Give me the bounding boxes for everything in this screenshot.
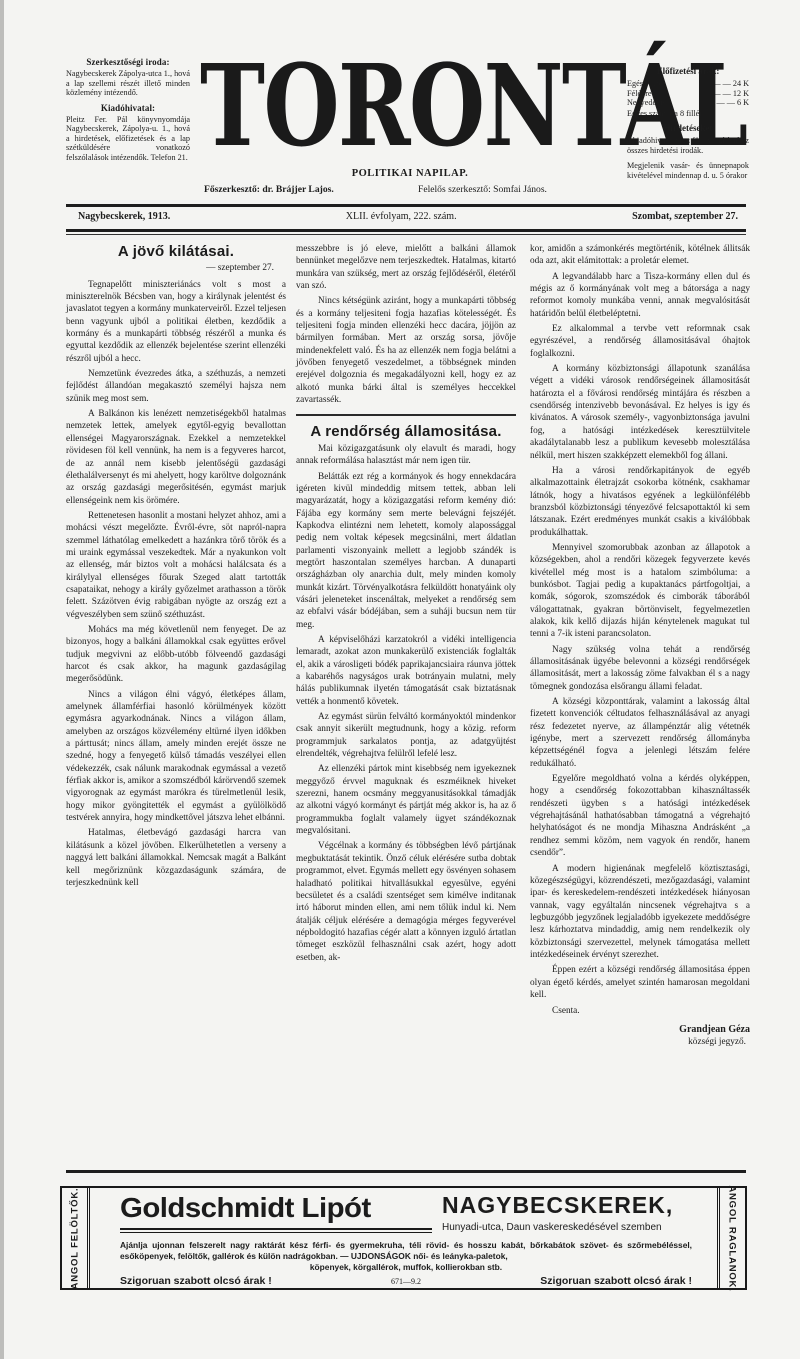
paragraph: Ha a városi rendőrkapitányok de egyéb al… [530,465,750,539]
column-3: kor, amidőn a számonkérés megtörténik, k… [530,243,750,1048]
article-title: A jövő kilátásai. [66,246,286,258]
price-value: — — 6 K [716,98,749,107]
paragraph: A képviselőházi karzatokról a vidéki int… [296,634,516,708]
ads-heading: Hirdetéseket [627,124,749,133]
column-1: A jövő kilátásai. — szeptember 27. Tegna… [66,240,286,892]
ad-slogan-right: Szigoruan szabott olcsó árak ! [540,1275,692,1287]
article-title: A rendőrség államositása. [296,426,516,438]
ad-name-underline [120,1228,432,1233]
responsible-editor: Felelős szerkesztő: Somfai János. [418,184,547,195]
dateline-rule [66,229,746,232]
ad-slogan-left: Szigoruan szabott olcsó árak ! [120,1275,272,1287]
column-2: messzebbre is jó eleve, mielőtt a balkán… [296,243,516,967]
place-year: Nagybecskerek, 1913. [78,211,170,222]
paragraph: Rettenetesen hasonlit a mostani helyzet … [66,510,286,621]
paragraph: Nemzetünk évezredes átka, a széthuzás, a… [66,368,286,405]
paragraph: Nincs a világon élni vágyó, életképes ál… [66,689,286,825]
content-bottom-rule [66,1170,746,1173]
publisher-heading: Kiadóhivatal: [66,104,190,113]
editor-in-chief: Főszerkesztő: dr. Brájjer Lajos. [204,184,334,195]
office-text: Nagybecskerek Zápolya-utca 1., hová a la… [66,69,190,97]
paragraph: Mohács ma még követlenül nem fenyeget. D… [66,624,286,686]
paragraph: kor, amidőn a számonkérés megtörténik, k… [530,243,750,268]
article-separator [296,414,516,416]
paragraph: Nagy szükség volna tehát a rendőrség áll… [530,644,750,693]
dateline: Nagybecskerek, 1913. XLII. évfolyam, 222… [78,211,738,222]
ad-address: Hunyadi-utca, Daun vaskereskedésével sze… [442,1222,662,1233]
ad-business-name: Goldschmidt Lipót [120,1192,371,1224]
ad-side-left-text: ANGOL FELÖLTŐK. [69,1187,80,1289]
dateline-rule-thin [66,234,746,235]
article-place: Csenta. [530,1005,750,1017]
schedule-text: Megjelenik vasár- és ünnepnapok kivételé… [627,161,749,180]
paragraph: A modern higienának megfelelő köztisztas… [530,863,750,962]
volume-issue: XLII. évfolyam, 222. szám. [346,211,457,222]
price-value: — — — 12 K [702,89,749,98]
paragraph: Ez alkalommal a tervbe vett reformnak cs… [530,323,750,360]
price-label: Egész évre [627,79,663,88]
advertisement: ANGOL FELÖLTŐK. Goldschmidt Lipót NAGYBE… [60,1186,747,1290]
article-author-title: községi jegyző. [530,1036,746,1048]
publisher-text: Pleitz Fer. Pál könyvnyomdája Nagybecske… [66,115,190,162]
paragraph: Tegnapelőtt miniszteriánács volt s most … [66,279,286,365]
issue-date: Szombat, szeptember 27. [632,211,738,222]
paragraph: Mennyivel szomorubbak azonban az állapot… [530,542,750,641]
article-dateline: — szeptember 27. [66,262,286,274]
ad-code: 671—9.2 [391,1277,421,1286]
newspaper-title-text: TORONTÁL [200,48,528,166]
ad-body: Ajánlja ujonnan felszerelt nagy raktárát… [120,1240,692,1273]
paragraph: Belátták ezt rég a kormányok és hogy enn… [296,471,516,631]
masthead-left-info: Szerkesztőségi iroda: Nagybecskerek Zápo… [66,58,190,168]
ad-body-line: köpenyek, körgallérok, muffok, kollierok… [120,1262,692,1273]
ad-side-right-text: ANGOL RAGLANOK. [727,1185,738,1291]
prices-heading: Előfizetési árak: [627,67,749,76]
price-label: Negyedévre [627,98,667,107]
ad-body-line: Ajánlja ujonnan felszerelt nagy raktárát… [120,1240,692,1262]
paragraph: messzebbre is jó eleve, mielőtt a balkán… [296,243,516,292]
paragraph: Az egymást sürün felváltó kormányoktól m… [296,711,516,760]
price-row: Egész évre— — 24 K [627,79,749,88]
paragraph: A Balkánon kis lenézett nemzetiségekből … [66,408,286,507]
paragraph: A kormány közbiztonsági állapotunk szaná… [530,363,750,462]
article-author: Grandjean Géza [530,1024,750,1036]
paragraph: Az ellenzéki pártok mint kisebbség nem i… [296,763,516,837]
newspaper-title: TORONTÁL [200,48,620,166]
ad-side-left: ANGOL FELÖLTŐK. [62,1188,90,1288]
paragraph: Éppen ezért a községi rendőrség államosi… [530,964,750,1001]
ad-side-right: ANGOL RAGLANOK. [717,1188,745,1288]
paragraph: Nincs kétségünk aziránt, hogy a munkapár… [296,295,516,406]
paragraph: Végcélnak a kormány és többségben lévő p… [296,840,516,963]
ad-city: NAGYBECSKEREK, [442,1192,673,1219]
ads-text: a kiadóhivatal vesz föl. Azonkívül az ös… [627,136,749,155]
paragraph: A legvandálabb harc a Tisza-kormány elle… [530,271,750,320]
paragraph: Mai közigazgatásunk oly elavult és marad… [296,443,516,468]
price-value: — — 24 K [712,79,749,88]
price-row: Negyedévre— — 6 K [627,98,749,107]
single-copy-price: Egyes szám ára 8 fillér [627,109,749,118]
paragraph: Hatalmas, életbevágó gazdasági harcra va… [66,827,286,889]
office-heading: Szerkesztőségi iroda: [66,58,190,67]
masthead-right-info: Előfizetési árak: Egész évre— — 24 K Fél… [627,67,749,186]
newspaper-subtitle: POLITIKAI NAPILAP. [200,168,620,179]
price-row: Félévre— — — 12 K [627,89,749,98]
page-edge [0,0,4,1359]
ad-footer: Szigoruan szabott olcsó árak ! 671—9.2 S… [120,1275,692,1287]
paragraph: Egyelőre megoldható volna a kérdés olyké… [530,773,750,859]
masthead-rule [66,204,746,207]
price-label: Félévre [627,89,652,98]
paragraph: A községi központtárak, valamint a lakos… [530,696,750,770]
